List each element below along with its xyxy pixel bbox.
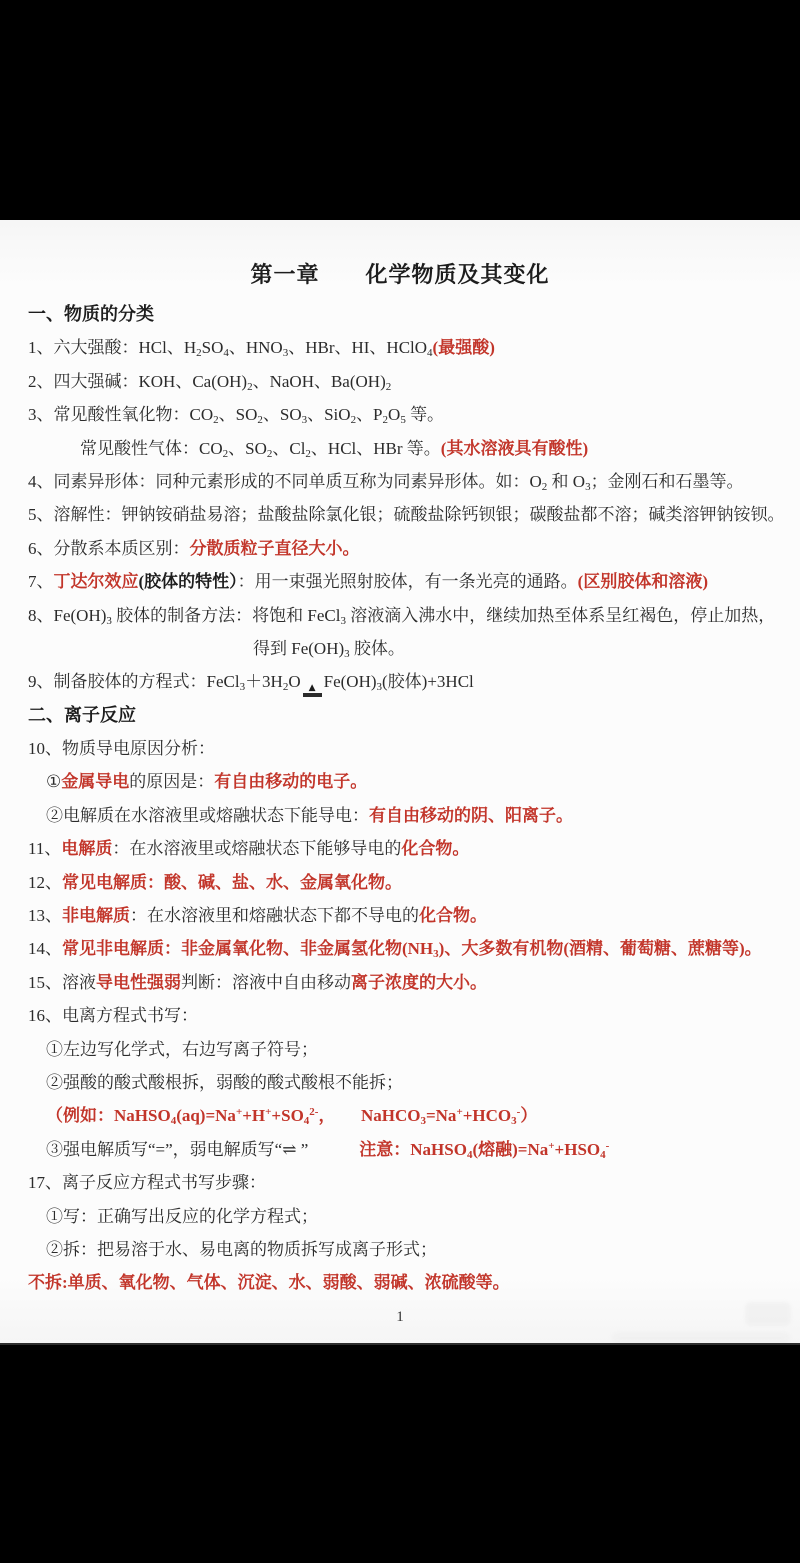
page-title: 第一章 化学物质及其变化 <box>0 252 800 298</box>
text-segment: 化合物。 <box>419 906 487 925</box>
text-line: 不拆:单质、氧化物、气体、沉淀、水、弱酸、弱碱、浓硫酸等。 <box>0 1266 800 1299</box>
text-segment: 导电性强弱 <box>96 973 181 992</box>
text-line: 15、溶液导电性强弱判断：溶液中自由移动离子浓度的大小。 <box>0 966 800 999</box>
text-segment: ②电解质在水溶液里或熔融状态下能导电： <box>46 806 369 825</box>
text-segment: 10、物质导电原因分析： <box>28 739 215 758</box>
text-segment: 11、 <box>28 839 61 858</box>
text-segment: ②拆：把易溶于水、易电离的物质拆写成离子形式； <box>46 1240 437 1259</box>
text-segment: 16、电离方程式书写： <box>28 1006 198 1025</box>
text-line: 11、电解质：在水溶液里或熔融状态下能够导电的化合物。 <box>0 832 800 865</box>
text-segment: 常见电解质：酸、碱、盐、水、金属氧化物。 <box>62 873 402 892</box>
text-line: ①写：正确写出反应的化学方程式； <box>0 1200 800 1233</box>
text-segment: 一、物质的分类 <box>28 304 154 324</box>
top-letterbox-bar <box>0 0 800 222</box>
text-segment: 化合物。 <box>401 839 469 858</box>
document-page: 第一章 化学物质及其变化 一、物质的分类1、六大强酸：HCl、H2SO4、HNO… <box>0 220 800 1343</box>
text-line: ②拆：把易溶于水、易电离的物质拆写成离子形式； <box>0 1233 800 1266</box>
text-segment: 常见酸性气体：CO2、SO2、Cl2、HCl、HBr 等。 <box>80 439 441 458</box>
text-segment: 分散质粒子直径大小。 <box>190 539 360 558</box>
text-segment: ②强酸的酸式酸根拆，弱酸的酸式酸根不能拆； <box>46 1073 403 1092</box>
text-segment: 14、 <box>28 939 62 958</box>
text-segment: ①写：正确写出反应的化学方程式； <box>46 1207 318 1226</box>
text-line: ③强电解质写“=”，弱电解质写“⇌ ” 注意：NaHSO4(熔融)=Na++HS… <box>0 1133 800 1166</box>
text-line: 5、溶解性：钾钠铵硝盐易溶；盐酸盐除氯化银；硫酸盐除钙钡银；碳酸盐都不溶；碱类溶… <box>0 498 800 531</box>
text-segment: ① <box>46 772 61 791</box>
text-segment: 4、同素异形体：同种元素形成的不同单质互称为同素异形体。如：O2 和 O3；金刚… <box>28 472 744 491</box>
bottom-letterbox-bar <box>0 1343 800 1563</box>
text-line: 17、离子反应方程式书写步骤： <box>0 1166 800 1199</box>
text-line: 1、六大强酸：HCl、H2SO4、HNO3、HBr、HI、HClO4(最强酸) <box>0 331 800 364</box>
section-heading: 二、离子反应 <box>0 699 800 732</box>
text-segment: ①左边写化学式，右边写离子符号； <box>46 1040 318 1059</box>
text-line: 13、非电解质：在水溶液里和熔融状态下都不导电的化合物。 <box>0 899 800 932</box>
text-segment: 15、溶液 <box>28 973 96 992</box>
text-segment: 金属导电 <box>61 772 129 791</box>
text-line: 6、分散系本质区别：分散质粒子直径大小。 <box>0 532 800 565</box>
text-line: ①左边写化学式，右边写离子符号； <box>0 1033 800 1066</box>
text-segment: 13、 <box>28 906 62 925</box>
text-segment: 常见非电解质：非金属氧化物、非金属氢化物(NH3)、大多数有机物(酒精、葡萄糖、… <box>62 939 762 958</box>
text-segment: ：在水溶液里和熔融状态下都不导电的 <box>130 906 419 925</box>
text-segment: 9、制备胶体的方程式：FeCl3＋3H2O <box>28 672 301 691</box>
text-segment: 得到 Fe(OH)3 胶体。 <box>253 639 405 658</box>
text-segment: 注意：NaHSO4(熔融)=Na++HSO4- <box>308 1140 609 1159</box>
text-segment: 丁达尔效应 <box>54 572 139 591</box>
text-line: 3、常见酸性氧化物：CO2、SO2、SO3、SiO2、P2O5 等。 <box>0 398 800 431</box>
text-segment: 二、离子反应 <box>28 705 136 725</box>
text-line: 10、物质导电原因分析： <box>0 732 800 765</box>
text-segment: 的原因是： <box>129 772 214 791</box>
text-line: 常见酸性气体：CO2、SO2、Cl2、HCl、HBr 等。(其水溶液具有酸性) <box>0 432 800 465</box>
text-segment: (最强酸) <box>433 338 495 357</box>
text-line: 2、四大强碱：KOH、Ca(OH)2、NaOH、Ba(OH)2 <box>0 365 800 398</box>
text-segment: 7、 <box>28 572 54 591</box>
text-segment: Fe(OH)3(胶体)+3HCl <box>324 672 474 691</box>
text-segment: 判断：溶液中自由移动 <box>181 973 351 992</box>
text-line: 8、Fe(OH)3 胶体的制备方法：将饱和 FeCl3 溶液滴入沸水中，继续加热… <box>0 599 800 632</box>
page-number: 1 <box>0 1306 800 1328</box>
text-segment: 6、分散系本质区别： <box>28 539 190 558</box>
text-line: 12、常见电解质：酸、碱、盐、水、金属氧化物。 <box>0 866 800 899</box>
section-heading: 一、物质的分类 <box>0 298 800 331</box>
text-line: 得到 Fe(OH)3 胶体。 <box>0 632 800 665</box>
text-segment: (区别胶体和溶液) <box>578 572 708 591</box>
text-segment: ：在水溶液里或熔融状态下能够导电的 <box>112 839 401 858</box>
text-segment: 12、 <box>28 873 62 892</box>
watermark-badge <box>745 1302 791 1326</box>
delta-over-equals-icon: ▲ <box>303 684 322 697</box>
text-line: 7、丁达尔效应(胶体的特性）：用一束强光照射胶体，有一条光亮的通路。(区别胶体和… <box>0 565 800 598</box>
text-segment: （例如：NaHSO4(aq)=Na++H++SO42-， NaHCO3=Na++… <box>46 1106 537 1125</box>
text-line: 9、制备胶体的方程式：FeCl3＋3H2O▲Fe(OH)3(胶体)+3HCl <box>0 665 800 698</box>
text-segment: (胶体的特性） <box>139 572 238 591</box>
text-segment: 2、四大强碱：KOH、Ca(OH)2、NaOH、Ba(OH)2 <box>28 372 391 391</box>
text-segment: 有自由移动的阴、阳离子。 <box>369 806 573 825</box>
text-segment: 不拆:单质、氧化物、气体、沉淀、水、弱酸、弱碱、浓硫酸等。 <box>28 1273 510 1292</box>
text-line: ②电解质在水溶液里或熔融状态下能导电：有自由移动的阴、阳离子。 <box>0 799 800 832</box>
text-segment: ③强电解质写“=”，弱电解质写“⇌ ” <box>46 1140 308 1159</box>
text-line: ①金属导电的原因是：有自由移动的电子。 <box>0 765 800 798</box>
text-segment: 1、六大强酸：HCl、H2SO4、HNO3、HBr、HI、HClO4 <box>28 338 433 357</box>
text-segment: 8、Fe(OH)3 胶体的制备方法：将饱和 FeCl3 溶液滴入沸水中，继续加热… <box>28 606 775 625</box>
text-segment: 有自由移动的电子。 <box>214 772 367 791</box>
text-line: 4、同素异形体：同种元素形成的不同单质互称为同素异形体。如：O2 和 O3；金刚… <box>0 465 800 498</box>
document-body: 一、物质的分类1、六大强酸：HCl、H2SO4、HNO3、HBr、HI、HClO… <box>0 298 800 1300</box>
text-line: ②强酸的酸式酸根拆，弱酸的酸式酸根不能拆； <box>0 1066 800 1099</box>
text-segment: ：用一束强光照射胶体，有一条光亮的通路。 <box>238 572 578 591</box>
text-segment: (其水溶液具有酸性) <box>441 439 588 458</box>
text-line: 14、常见非电解质：非金属氧化物、非金属氢化物(NH3)、大多数有机物(酒精、葡… <box>0 932 800 965</box>
text-segment: 3、常见酸性氧化物：CO2、SO2、SO3、SiO2、P2O5 等。 <box>28 405 444 424</box>
text-segment: 非电解质 <box>62 906 130 925</box>
text-segment: 17、离子反应方程式书写步骤： <box>28 1173 266 1192</box>
text-line: （例如：NaHSO4(aq)=Na++H++SO42-， NaHCO3=Na++… <box>0 1099 800 1132</box>
text-segment: 5、溶解性：钾钠铵硝盐易溶；盐酸盐除氯化银；硫酸盐除钙钡银；碳酸盐都不溶；碱类溶… <box>28 505 785 524</box>
text-segment: 离子浓度的大小。 <box>351 973 487 992</box>
text-line: 16、电离方程式书写： <box>0 999 800 1032</box>
text-segment: 电解质 <box>61 839 112 858</box>
